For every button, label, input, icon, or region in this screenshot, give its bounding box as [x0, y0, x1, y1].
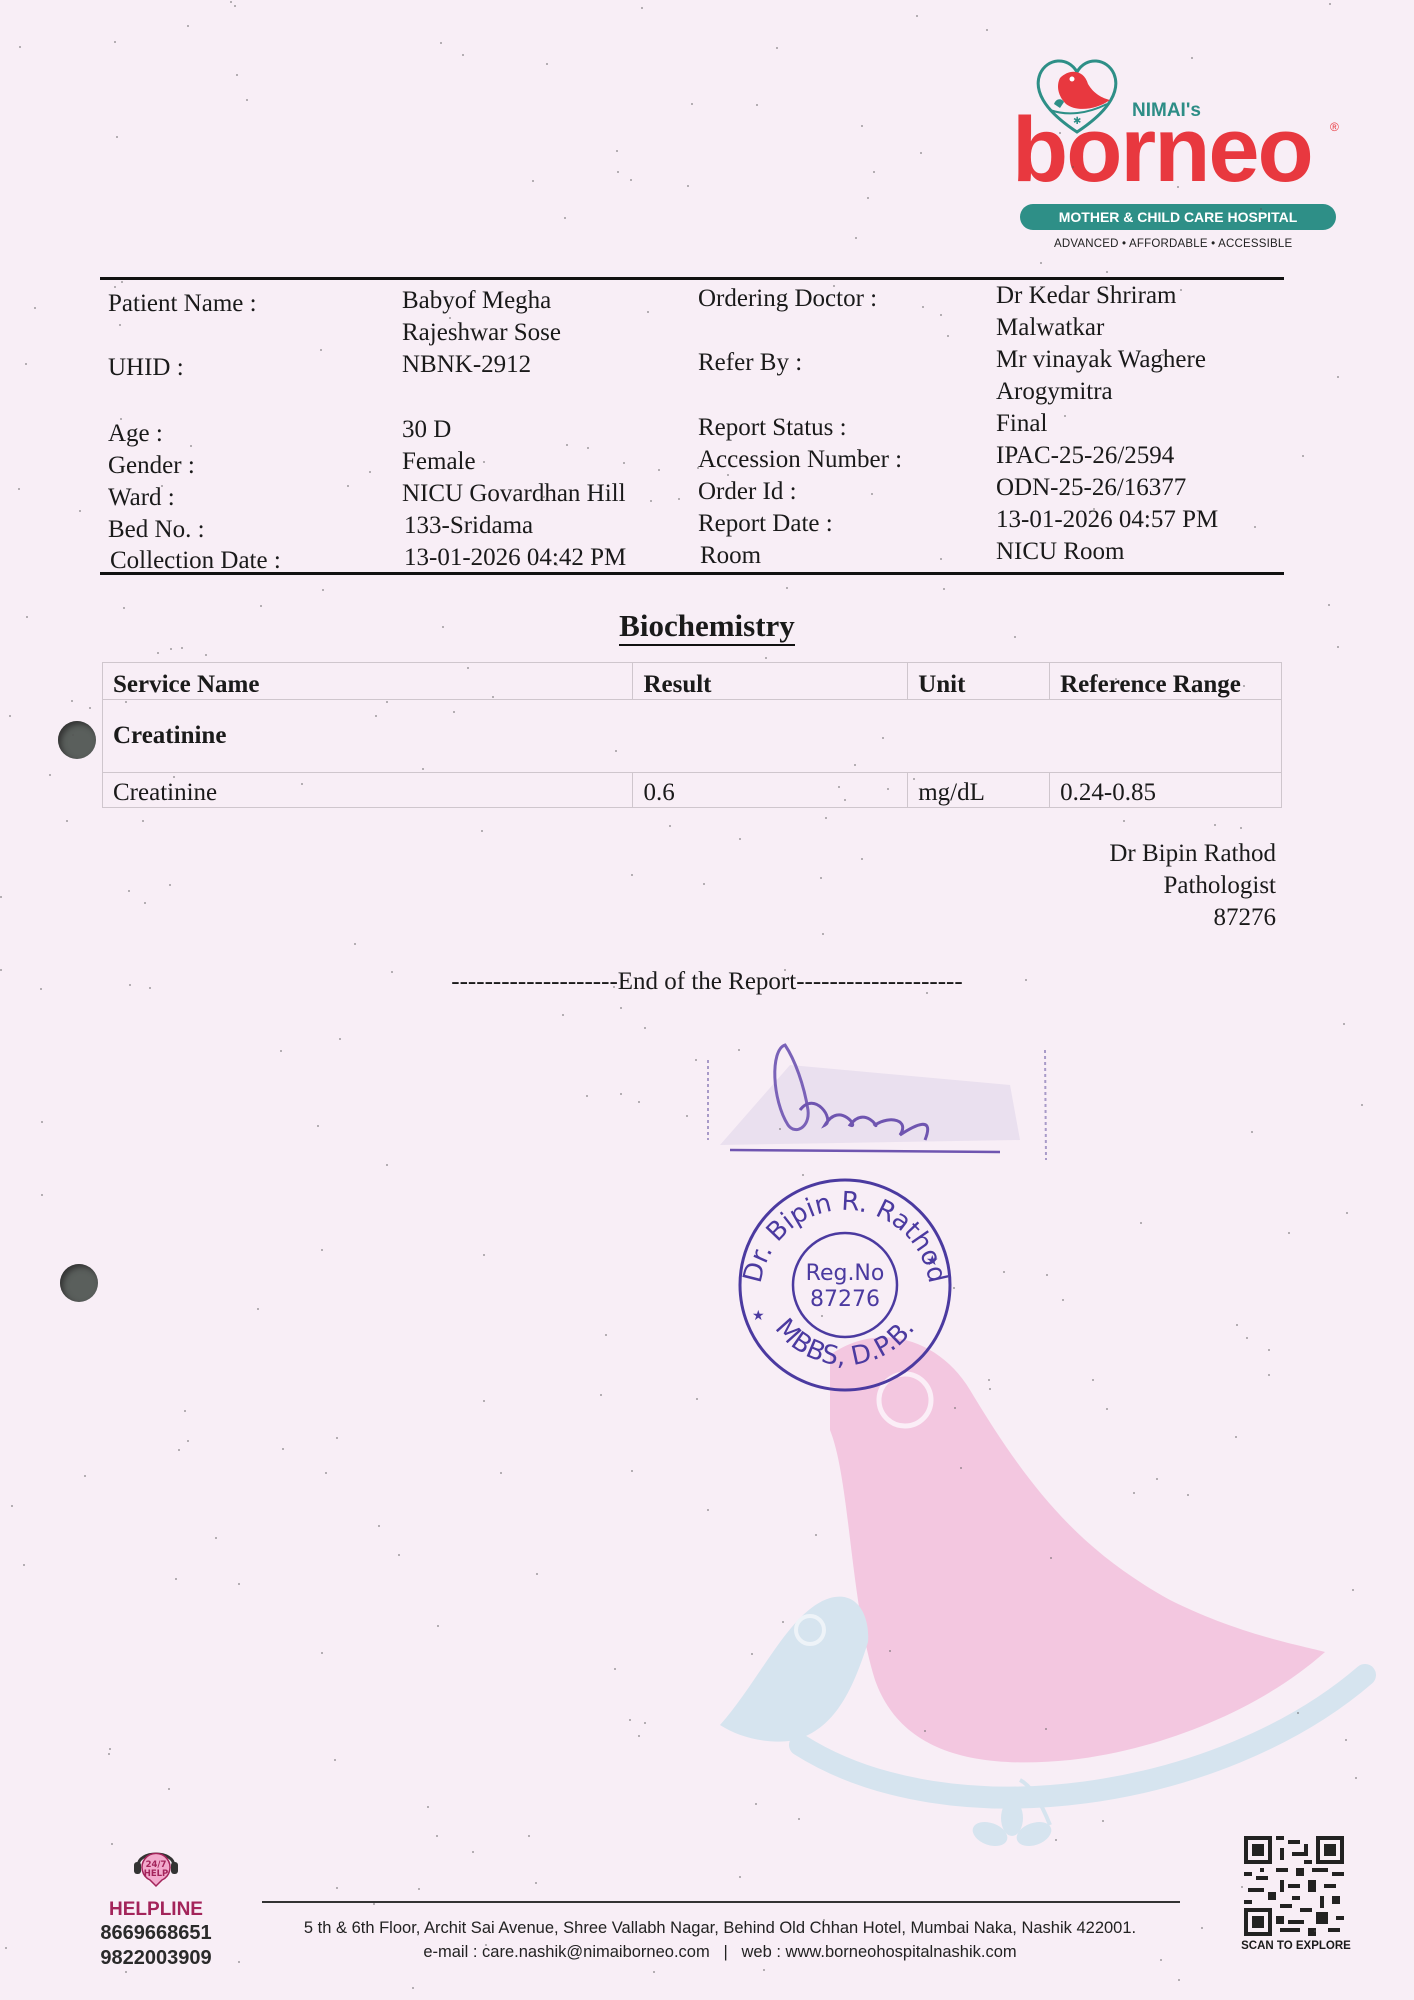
- collection-date-value: 13-01-2026 04:42 PM: [404, 542, 626, 574]
- speck: [920, 152, 922, 154]
- speck: [125, 701, 127, 703]
- header-unit: Unit: [908, 663, 1050, 700]
- speck: [0, 969, 2, 971]
- speck: [889, 1650, 891, 1652]
- speck: [79, 510, 81, 512]
- speck: [641, 7, 643, 9]
- speck: [173, 776, 175, 778]
- speck: [815, 1534, 817, 1536]
- cell-result: 0.6: [633, 773, 908, 808]
- speck: [784, 969, 786, 971]
- speck: [644, 1722, 646, 1724]
- speck: [600, 1394, 602, 1396]
- speck: [354, 943, 356, 945]
- speck: [190, 445, 192, 447]
- speck: [703, 883, 705, 885]
- footer-address-block: 5 th & 6th Floor, Archit Sai Avenue, Shr…: [260, 1916, 1180, 1964]
- speck: [40, 988, 42, 990]
- speck: [616, 150, 618, 152]
- speck: [1240, 827, 1242, 829]
- speck: [614, 1668, 616, 1670]
- speck: [11, 1505, 13, 1507]
- speck: [765, 657, 767, 659]
- speck: [638, 1101, 640, 1103]
- section-title-text: Biochemistry: [619, 608, 795, 646]
- speck: [184, 1410, 186, 1412]
- speck: [887, 788, 889, 790]
- ordering-doctor-label: Ordering Doctor :: [698, 283, 877, 315]
- age-value: 30 D: [402, 414, 451, 446]
- speck: [986, 29, 988, 31]
- speck: [960, 1467, 962, 1469]
- signer-block: Dr Bipin Rathod Pathologist 87276: [1109, 838, 1276, 934]
- speck: [260, 605, 262, 607]
- speck: [1243, 685, 1245, 687]
- speck: [483, 461, 485, 463]
- speck: [1003, 1271, 1005, 1273]
- hospital-logo: ✱ NIMAI's borneo ® MOTHER & CHILD CARE H…: [1012, 52, 1352, 252]
- speck: [953, 1287, 955, 1289]
- speck: [1251, 1131, 1253, 1133]
- speck: [142, 820, 144, 822]
- speck: [485, 1944, 487, 1946]
- speck: [66, 820, 68, 822]
- report-status-label: Report Status :: [698, 412, 847, 444]
- speck: [1177, 186, 1179, 188]
- speck: [1246, 1337, 1248, 1339]
- speck: [19, 46, 21, 48]
- speck: [613, 986, 615, 988]
- patient-name-label: Patient Name :: [108, 288, 257, 320]
- hospital-name: borneo: [1012, 104, 1312, 196]
- speck: [844, 799, 846, 801]
- speck: [1059, 132, 1061, 134]
- speck: [686, 1115, 688, 1117]
- speck: [1337, 376, 1339, 378]
- speck: [500, 1472, 502, 1474]
- speck: [779, 1128, 781, 1130]
- speck: [336, 1437, 338, 1439]
- speck: [535, 1882, 537, 1884]
- speck: [41, 1194, 43, 1196]
- stamp-bottom-text: MBBS, D.P.B.: [769, 1313, 921, 1372]
- section-title: Biochemistry: [0, 608, 1414, 644]
- speck: [631, 1470, 633, 1472]
- speck: [922, 306, 924, 308]
- speck: [543, 496, 545, 498]
- speck: [1201, 1927, 1203, 1929]
- speck: [820, 877, 822, 879]
- speck: [462, 54, 464, 56]
- speck: [1133, 1492, 1135, 1494]
- speck: [727, 474, 729, 476]
- speck: [453, 711, 455, 713]
- speck: [108, 1753, 110, 1755]
- speck: [215, 1537, 217, 1539]
- speck: [111, 1843, 113, 1845]
- speck: [320, 349, 322, 351]
- speck: [615, 750, 617, 752]
- speck: [802, 1174, 804, 1176]
- footer-rule: [262, 1901, 1180, 1903]
- speck: [1055, 1839, 1057, 1841]
- speck: [123, 607, 125, 609]
- speck: [756, 104, 758, 106]
- ordering-doctor-value-1: Dr Kedar Shriram: [996, 280, 1177, 312]
- speck: [9, 715, 11, 717]
- speck: [1254, 526, 1256, 528]
- speck: [412, 1987, 414, 1989]
- speck: [230, 1, 232, 3]
- patient-name-value-1: Babyof Megha: [402, 285, 551, 317]
- order-id-value: ODN-25-26/16377: [996, 472, 1186, 504]
- speck: [1064, 415, 1066, 417]
- speck: [913, 778, 915, 780]
- bed-no-value: 133-Sridama: [404, 510, 533, 542]
- speck: [1123, 820, 1125, 822]
- speck: [867, 197, 869, 199]
- speck: [26, 616, 28, 618]
- speck: [325, 1472, 327, 1474]
- speck: [825, 817, 827, 819]
- speck: [1241, 1886, 1243, 1888]
- speck: [114, 286, 116, 288]
- speck: [317, 1125, 319, 1127]
- speck: [1329, 3, 1331, 5]
- speck: [855, 237, 857, 239]
- speck: [72, 734, 74, 736]
- age-label: Age :: [108, 418, 163, 450]
- speck: [924, 1730, 926, 1732]
- speck: [562, 1014, 564, 1016]
- speck: [161, 485, 163, 487]
- speck: [691, 103, 693, 105]
- refer-by-value-2: Arogymitra: [996, 376, 1113, 408]
- speck: [322, 589, 324, 591]
- speck: [755, 1803, 757, 1805]
- patient-name-value-2: Rajeshwar Sose: [402, 317, 561, 349]
- speck: [1337, 646, 1339, 648]
- speck: [650, 500, 652, 502]
- speck: [947, 335, 949, 337]
- speck: [1187, 1494, 1189, 1496]
- speck: [336, 1887, 338, 1889]
- header-result: Result: [633, 663, 908, 700]
- speck: [321, 1652, 323, 1654]
- speck: [109, 1748, 111, 1750]
- speck: [697, 467, 699, 469]
- speck: [1162, 354, 1164, 356]
- hospital-subtitle: MOTHER & CHILD CARE HOSPITAL: [1020, 204, 1336, 230]
- ward-value: NICU Govardhan Hill: [402, 478, 626, 510]
- speck: [1046, 1274, 1048, 1276]
- speck: [1180, 289, 1182, 291]
- speck: [170, 648, 172, 650]
- speck: [71, 700, 73, 702]
- speck: [776, 47, 778, 49]
- results-table: Service Name Result Unit Reference Range…: [102, 662, 1282, 808]
- report-date-label: Report Date :: [698, 508, 833, 540]
- svg-text:★: ★: [926, 1253, 939, 1269]
- speck: [751, 1653, 753, 1655]
- speck: [449, 317, 451, 319]
- speck: [236, 74, 238, 76]
- accession-number-label: Accession Number :: [698, 444, 902, 476]
- speck: [1288, 1232, 1290, 1234]
- speck: [49, 774, 51, 776]
- signer-name: Dr Bipin Rathod: [1109, 838, 1276, 870]
- order-id-label: Order Id :: [698, 476, 797, 508]
- speck: [334, 1759, 336, 1761]
- speck: [144, 902, 146, 904]
- ward-label: Ward :: [108, 482, 175, 514]
- speck: [786, 587, 788, 589]
- speck: [128, 890, 130, 892]
- speck: [18, 488, 20, 490]
- speck: [1106, 1408, 1108, 1410]
- speck: [623, 462, 625, 464]
- speck: [940, 314, 942, 316]
- speck: [398, 1554, 400, 1556]
- speck: [41, 1121, 43, 1123]
- speck: [238, 1961, 240, 1963]
- speck: [1297, 1712, 1299, 1714]
- speck: [1025, 979, 1027, 981]
- svg-text:MBBS, D.P.B.: MBBS, D.P.B.: [769, 1313, 921, 1372]
- speck: [169, 884, 171, 886]
- speck: [798, 1818, 800, 1820]
- helpline-block: 24/7 HELP HELPLINE 8669668651 9822003909: [96, 1840, 216, 1971]
- speck: [821, 1315, 823, 1317]
- hospital-tagline: ADVANCED • AFFORDABLE • ACCESSIBLE: [1054, 238, 1292, 250]
- speck: [630, 179, 632, 181]
- speck: [1050, 1557, 1052, 1559]
- speck: [763, 1969, 765, 1971]
- speck: [301, 783, 303, 785]
- speck: [536, 1573, 538, 1575]
- speck: [587, 447, 589, 449]
- speck: [631, 874, 633, 876]
- speck: [1093, 508, 1095, 510]
- helpline-phone-1[interactable]: 8669668651: [96, 1921, 216, 1946]
- speck: [954, 1407, 956, 1409]
- speck: [492, 696, 494, 698]
- accession-number-value: IPAC-25-26/2594: [996, 440, 1174, 472]
- speck: [114, 41, 116, 43]
- ordering-doctor-value-2: Malwatkar: [996, 312, 1104, 344]
- stamp-inner-line1: Reg.No: [806, 1261, 885, 1286]
- speck: [988, 1379, 990, 1381]
- speck: [629, 1719, 631, 1721]
- speck: [437, 1625, 439, 1627]
- speck: [940, 558, 942, 560]
- speck: [375, 715, 377, 717]
- speck: [641, 1924, 643, 1926]
- speck: [1235, 1436, 1237, 1438]
- qr-code-icon[interactable]: [1244, 1836, 1344, 1936]
- speck: [882, 737, 884, 739]
- speck: [181, 647, 183, 649]
- speck: [129, 984, 131, 986]
- signer-reg-no: 87276: [1109, 902, 1276, 934]
- speck: [751, 555, 753, 557]
- speck: [187, 1440, 189, 1442]
- speck: [1160, 1959, 1162, 1961]
- speck: [1102, 1820, 1104, 1822]
- speck: [187, 25, 189, 27]
- report-date-value: 13-01-2026 04:57 PM: [996, 504, 1218, 536]
- speck: [678, 498, 680, 500]
- speck: [617, 171, 619, 173]
- speck: [347, 485, 349, 487]
- speck: [861, 125, 863, 127]
- speck: [566, 444, 568, 446]
- speck: [532, 180, 534, 182]
- speck: [823, 1919, 825, 1921]
- speck: [1214, 824, 1216, 826]
- registered-mark: ®: [1330, 120, 1339, 134]
- uhid-value: NBNK-2912: [402, 349, 531, 381]
- speck: [89, 707, 91, 709]
- header-reference-range: Reference Range: [1050, 663, 1282, 700]
- speck: [1040, 262, 1042, 264]
- speck: [178, 1449, 180, 1451]
- speck: [84, 1475, 86, 1477]
- speck: [707, 1509, 709, 1511]
- speck: [546, 63, 548, 65]
- report-status-value: Final: [996, 408, 1047, 440]
- speck: [119, 324, 121, 326]
- speck: [871, 493, 873, 495]
- stamp-inner-line2: 87276: [810, 1287, 880, 1312]
- speck: [282, 1448, 284, 1450]
- speck: [234, 5, 236, 7]
- doctor-stamp-icon: Dr. Bipin R. Rathod MBBS, D.P.B. Reg.No …: [730, 1170, 960, 1400]
- speck: [854, 764, 856, 766]
- speck: [926, 992, 928, 994]
- speck: [246, 99, 248, 101]
- speck: [1236, 1324, 1238, 1326]
- table-header-row: Service Name Result Unit Reference Range: [103, 663, 1282, 700]
- speck: [121, 281, 123, 283]
- helpline-phone-2[interactable]: 9822003909: [96, 1946, 216, 1971]
- speck: [1343, 1023, 1345, 1025]
- speck: [696, 1398, 698, 1400]
- speck: [1156, 1478, 1158, 1480]
- speck: [1072, 166, 1074, 168]
- speck: [687, 185, 689, 187]
- speck: [695, 1059, 697, 1061]
- speck: [467, 667, 469, 669]
- speck: [861, 858, 863, 860]
- bed-no-label: Bed No. :: [108, 514, 205, 546]
- speck: [321, 1249, 323, 1251]
- speck: [422, 768, 424, 770]
- cell-reference: 0.24-0.85: [1050, 773, 1282, 808]
- speck: [620, 1093, 622, 1095]
- header-service-name: Service Name: [103, 663, 633, 700]
- speck: [738, 1049, 740, 1051]
- speck: [442, 626, 444, 628]
- speck: [586, 1095, 588, 1097]
- speck: [1314, 1930, 1316, 1932]
- room-value: NICU Room: [996, 536, 1124, 568]
- speck: [149, 987, 151, 989]
- speck: [1191, 57, 1193, 59]
- punch-hole: [58, 721, 96, 759]
- signature-icon: [700, 1030, 1060, 1170]
- speck: [116, 136, 118, 138]
- speck: [427, 1806, 429, 1808]
- speck: [1092, 1379, 1094, 1381]
- refer-by-value-1: Mr vinayak Waghere: [996, 344, 1206, 376]
- svg-text:★: ★: [752, 1308, 765, 1324]
- speck: [1062, 1299, 1064, 1301]
- qr-label: SCAN TO EXPLORE: [1226, 1940, 1366, 1952]
- speck: [1361, 1104, 1363, 1106]
- speck: [339, 1038, 341, 1040]
- speck: [564, 217, 566, 219]
- table-group-row: Creatinine: [103, 700, 1282, 773]
- speck: [658, 469, 660, 471]
- speck: [280, 1050, 282, 1052]
- speck: [1346, 1212, 1348, 1214]
- uhid-label: UHID :: [108, 352, 184, 384]
- speck: [483, 1400, 485, 1402]
- speck: [391, 971, 393, 973]
- speck: [1260, 208, 1262, 210]
- speck: [833, 285, 835, 287]
- speck: [168, 1788, 170, 1790]
- speck: [386, 1164, 388, 1166]
- speck: [369, 471, 371, 473]
- speck: [1302, 455, 1304, 457]
- table-row: Creatinine 0.6 mg/dL 0.24-0.85: [103, 773, 1282, 808]
- speck: [1045, 1728, 1047, 1730]
- speck: [1355, 1777, 1357, 1779]
- speck: [1345, 1739, 1347, 1741]
- signer-designation: Pathologist: [1109, 870, 1276, 902]
- speck: [5, 1947, 7, 1949]
- speck: [483, 1254, 485, 1256]
- speck: [373, 1903, 375, 1905]
- helpline-badge-line2: HELP: [144, 1869, 169, 1879]
- speck: [739, 838, 741, 840]
- helpline-title: HELPLINE: [96, 1899, 216, 1921]
- speck: [436, 1835, 438, 1837]
- speck: [0, 896, 2, 898]
- speck: [1178, 1979, 1180, 1981]
- speck: [472, 1851, 474, 1853]
- speck: [638, 1735, 640, 1737]
- speck: [1115, 678, 1117, 680]
- hospital-address: 5 th & 6th Floor, Archit Sai Avenue, Shr…: [260, 1916, 1180, 1940]
- speck: [556, 564, 558, 566]
- speck: [25, 363, 27, 365]
- speck: [418, 1888, 420, 1890]
- speck: [1268, 1374, 1270, 1376]
- gender-value: Female: [402, 446, 476, 478]
- refer-by-label: Refer By :: [698, 347, 802, 379]
- hospital-contact[interactable]: e-mail : care.nashik@nimaiborneo.com | w…: [260, 1940, 1180, 1964]
- speck: [943, 588, 945, 590]
- cell-unit: mg/dL: [908, 773, 1050, 808]
- speck: [205, 654, 207, 656]
- speck: [669, 825, 671, 827]
- speck: [481, 830, 483, 832]
- speck: [1268, 1349, 1270, 1351]
- speck: [157, 652, 159, 654]
